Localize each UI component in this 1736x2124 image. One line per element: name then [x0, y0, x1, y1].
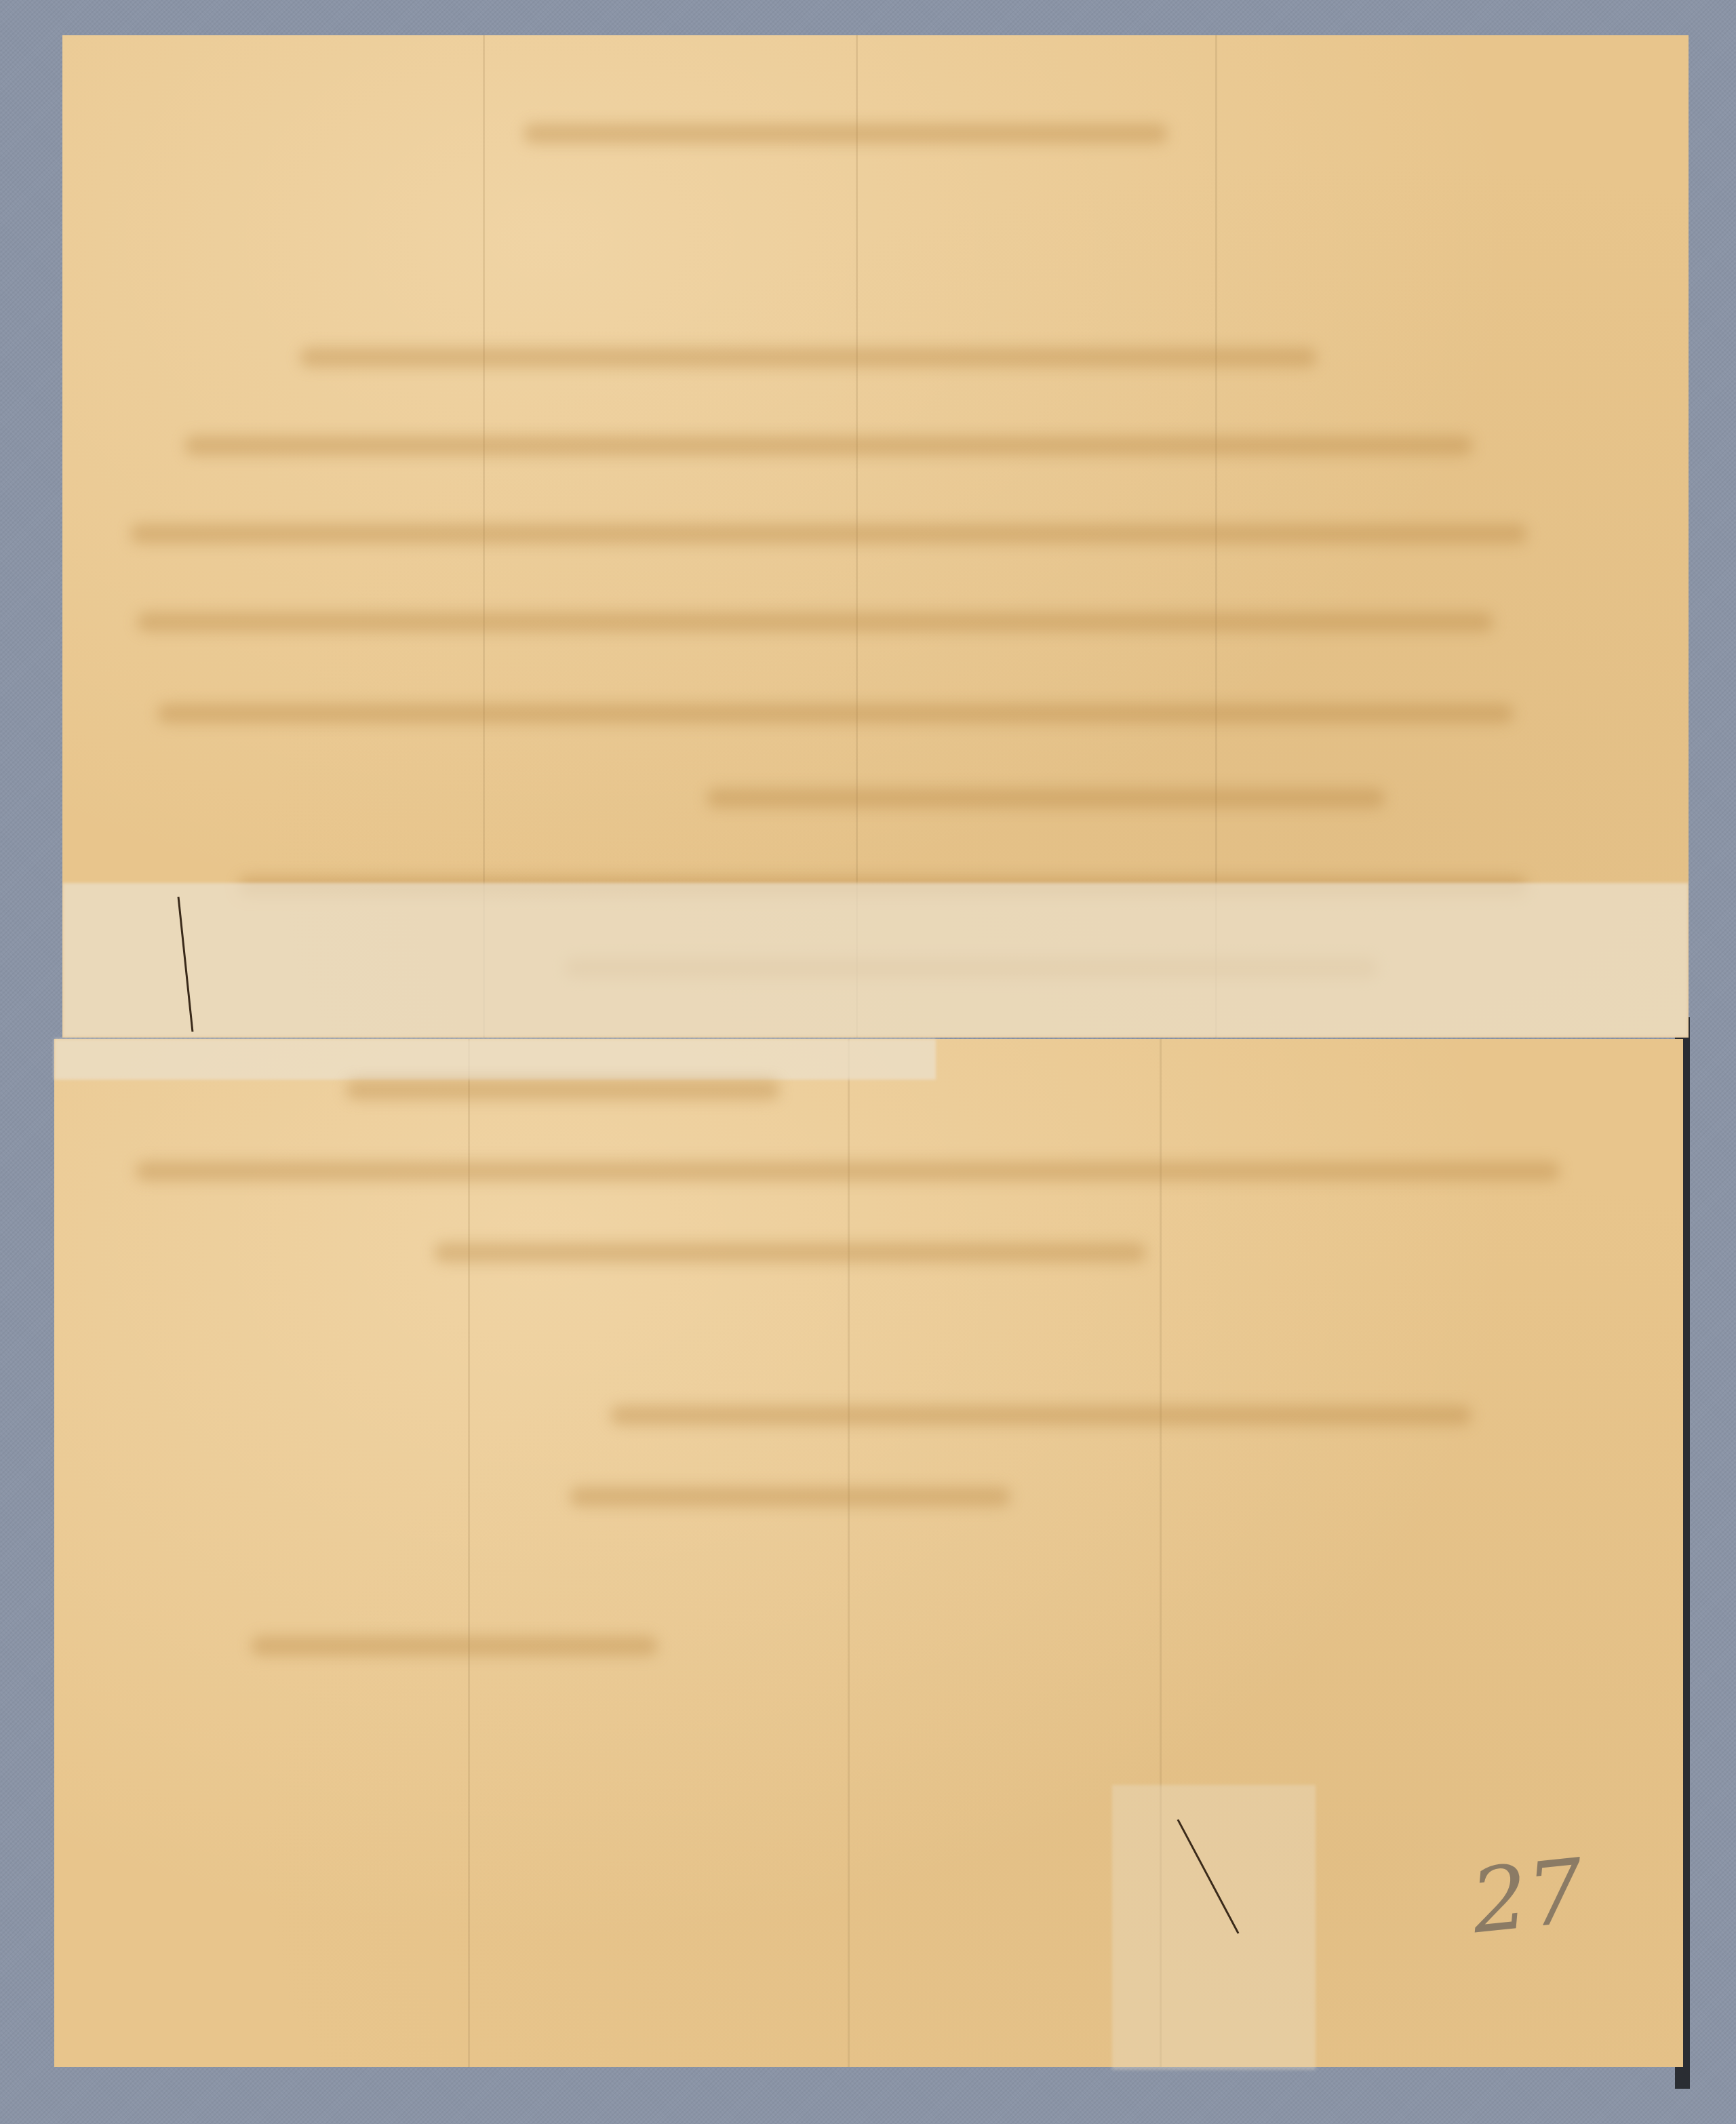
sheet-top-half	[62, 35, 1689, 1038]
repair-tissue	[62, 883, 1689, 1038]
bleed-line	[136, 1161, 1560, 1181]
bleed-line	[130, 524, 1527, 544]
bleed-line	[300, 347, 1317, 368]
bleed-line	[707, 788, 1385, 808]
bleed-line	[157, 703, 1514, 724]
bleed-line	[570, 1487, 1010, 1507]
bleed-line	[434, 1242, 1146, 1263]
sheet-bottom-half	[54, 1039, 1683, 2067]
fold-crease	[848, 1039, 850, 2067]
bleed-line	[137, 612, 1493, 632]
repair-tissue	[54, 1039, 936, 1080]
bleed-line	[346, 1080, 780, 1100]
pencil-numeral: 27	[1467, 1839, 1589, 1953]
bleed-line	[184, 435, 1473, 456]
fold-crease	[468, 1039, 470, 2067]
bleed-line	[251, 1636, 658, 1656]
repair-tissue	[1112, 1785, 1316, 2070]
bleed-heading	[524, 123, 1168, 144]
bleed-line	[610, 1405, 1472, 1425]
